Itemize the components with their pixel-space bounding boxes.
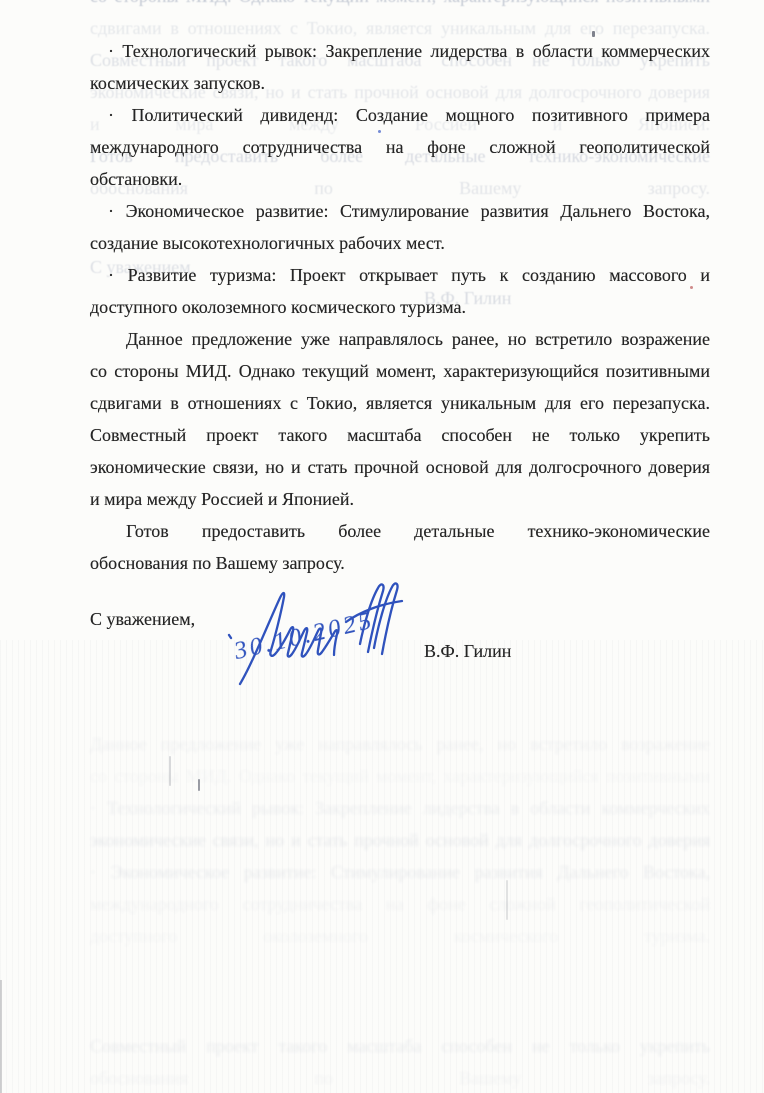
bleedthrough-line: · Технологический рывок: Закрепление лид…	[90, 792, 710, 824]
bullet-line-tourism-development: · Развитие туризма: Проект открывает пут…	[90, 259, 710, 291]
bleedthrough-bottom-edge: Совместный проект такого масштаба способ…	[90, 1030, 710, 1093]
body-line: сдвигами в отношениях с Токио, является …	[90, 387, 710, 419]
body-line: доступного околоземного космического тур…	[90, 291, 710, 323]
paragraph-offer-details: Готов предоставить более детальные техни…	[90, 515, 710, 547]
bullet-line-economic-development: · Экономическое развитие: Стимулирование…	[90, 195, 710, 227]
paragraph-proposal-history: Данное предложение уже направлялось ране…	[90, 323, 710, 355]
bullet-line-political-dividend: · Политический дивиденд: Создание мощног…	[90, 99, 710, 131]
scanner-streaks	[0, 640, 764, 1093]
scan-speck	[592, 31, 595, 37]
scan-speck	[169, 756, 171, 786]
bleedthrough-line: со стороны МИД. Однако текущий момент, х…	[90, 0, 710, 12]
scan-speck	[198, 779, 200, 791]
bullet-line-tech-breakthrough: · Технологический рывок: Закрепление лид…	[90, 35, 710, 67]
bleedthrough-line: доступного околоземного космического тур…	[90, 920, 710, 952]
body-line: и мира между Россией и Японией.	[90, 483, 710, 515]
scan-edge-line	[0, 980, 2, 1093]
body-line: экономические связи, но и стать прочной …	[90, 451, 710, 483]
body-line: международного сотрудничества на фоне сл…	[90, 131, 710, 163]
scanned-letter-page: { "page": { "background_color": "#fcfcfa…	[0, 0, 764, 1093]
ink-dot-blue	[378, 130, 381, 133]
bleedthrough-line: Данное предложение уже направлялось ране…	[90, 728, 710, 760]
bleedthrough-bottom: Данное предложение уже направлялось ране…	[90, 728, 710, 952]
bleedthrough-line: · Экономическое развитие: Стимулирование…	[90, 856, 710, 888]
body-line: обстановки.	[90, 163, 710, 195]
body-line: создание высокотехнологичных рабочих мес…	[90, 227, 710, 259]
signer-name: В.Ф. Гилин	[424, 641, 511, 662]
bleedthrough-line: международного сотрудничества на фоне сл…	[90, 888, 710, 920]
bleedthrough-line: Совместный проект такого масштаба способ…	[90, 1030, 710, 1062]
body-line: со стороны МИД. Однако текущий момент, х…	[90, 355, 710, 387]
bleedthrough-line: обоснования по Вашему запросу.	[90, 1062, 710, 1093]
closing-salutation: С уважением,	[90, 609, 195, 630]
bleedthrough-line: экономические связи, но и стать прочной …	[90, 824, 710, 856]
body-line: космических запусков.	[90, 67, 710, 99]
bleedthrough-line: со стороны МИД. Однако текущий момент, х…	[90, 760, 710, 792]
body-line: обоснования по Вашему запросу.	[90, 547, 710, 579]
ink-dot-red	[690, 286, 693, 289]
body-line: Совместный проект такого масштаба способ…	[90, 419, 710, 451]
scan-speck	[506, 880, 508, 920]
letter-body: · Технологический рывок: Закрепление лид…	[90, 35, 710, 579]
